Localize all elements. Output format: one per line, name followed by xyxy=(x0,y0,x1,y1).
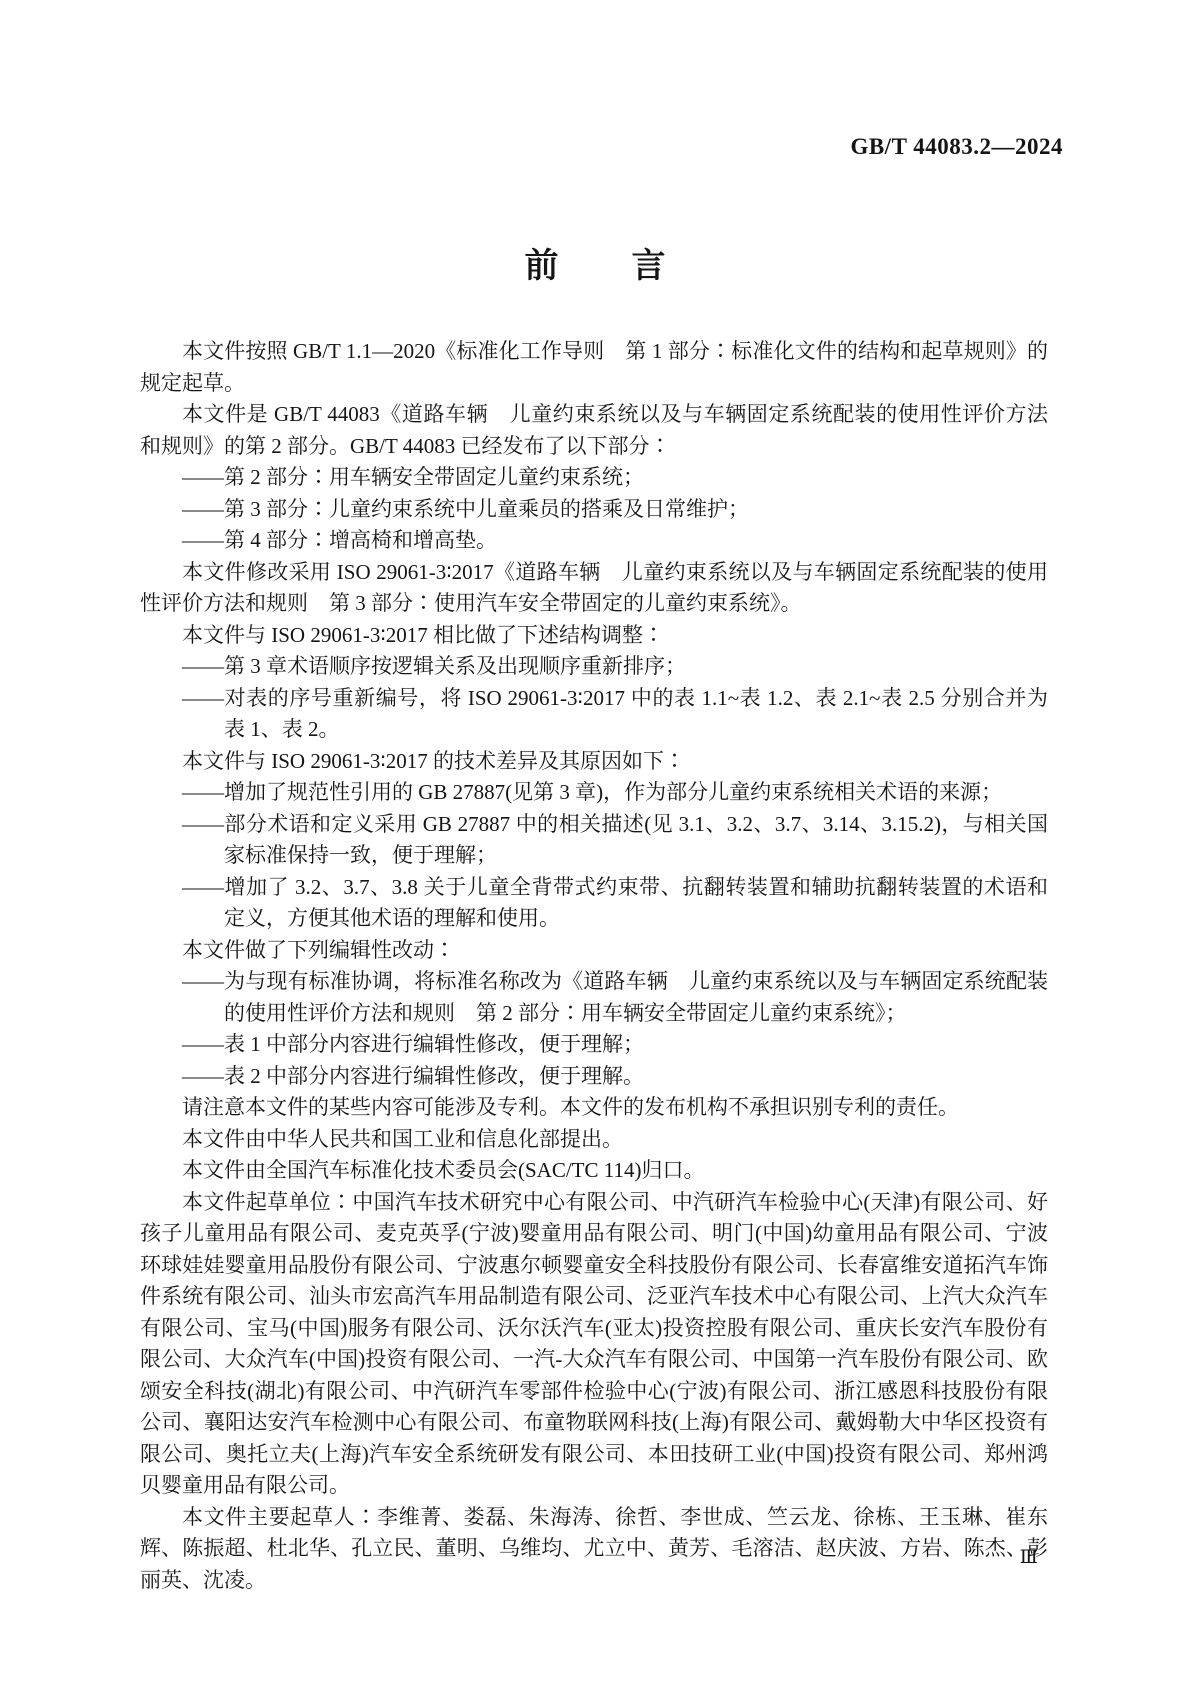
foreword-list-item: ——表 2 中部分内容进行编辑性修改，便于理解。 xyxy=(140,1061,1048,1093)
foreword-paragraph: 本文件按照 GB/T 1.1—2020《标准化工作导则 第 1 部分∶标准化文件… xyxy=(140,336,1048,399)
foreword-paragraph: 本文件由全国汽车标准化技术委员会(SAC/TC 114)归口。 xyxy=(140,1155,1048,1187)
page-title-char-2: 言 xyxy=(632,247,667,285)
page-number: Ⅲ xyxy=(1020,1546,1039,1569)
foreword-list-item: ——为与现有标准协调，将标准名称改为《道路车辆 儿童约束系统以及与车辆固定系统配… xyxy=(140,966,1048,1029)
foreword-paragraph: 本文件是 GB/T 44083《道路车辆 儿童约束系统以及与车辆固定系统配装的使… xyxy=(140,399,1048,462)
foreword-paragraph: 本文件起草单位∶中国汽车技术研究中心有限公司、中汽研汽车检验中心(天津)有限公司… xyxy=(140,1187,1048,1502)
foreword-paragraph: 本文件与 ISO 29061-3∶2017 的技术差异及其原因如下∶ xyxy=(140,746,1048,778)
foreword-list-item: ——第 3 章术语顺序按逻辑关系及出现顺序重新排序； xyxy=(140,651,1048,683)
foreword-list-item: ——第 3 部分∶儿童约束系统中儿童乘员的搭乘及日常维护； xyxy=(140,494,1048,526)
foreword-paragraph: 本文件与 ISO 29061-3∶2017 相比做了下述结构调整∶ xyxy=(140,620,1048,652)
foreword-paragraph: 请注意本文件的某些内容可能涉及专利。本文件的发布机构不承担识别专利的责任。 xyxy=(140,1092,1048,1124)
foreword-list-item: ——表 1 中部分内容进行编辑性修改，便于理解； xyxy=(140,1029,1048,1061)
page-title: 前言 xyxy=(0,238,1191,287)
foreword-list-item: ——增加了 3.2、3.7、3.8 关于儿童全背带式约束带、抗翻转装置和辅助抗翻… xyxy=(140,872,1048,935)
foreword-list-item: ——第 4 部分∶增高椅和增高垫。 xyxy=(140,525,1048,557)
foreword-list-item: ——增加了规范性引用的 GB 27887(见第 3 章)，作为部分儿童约束系统相… xyxy=(140,777,1048,809)
standard-number: GB/T 44083.2—2024 xyxy=(850,134,1063,160)
foreword-list-item: ——第 2 部分∶用车辆安全带固定儿童约束系统； xyxy=(140,462,1048,494)
foreword-paragraph: 本文件做了下列编辑性改动∶ xyxy=(140,935,1048,967)
foreword-list-item: ——部分术语和定义采用 GB 27887 中的相关描述(见 3.1、3.2、3.… xyxy=(140,809,1048,872)
foreword-paragraph: 本文件由中华人民共和国工业和信息化部提出。 xyxy=(140,1124,1048,1156)
foreword-list-item: ——对表的序号重新编号，将 ISO 29061-3∶2017 中的表 1.1~表… xyxy=(140,683,1048,746)
foreword-paragraph: 本文件修改采用 ISO 29061-3∶2017《道路车辆 儿童约束系统以及与车… xyxy=(140,557,1048,620)
document-page: GB/T 44083.2—2024 前言 本文件按照 GB/T 1.1—2020… xyxy=(0,0,1191,1685)
foreword-content: 本文件按照 GB/T 1.1—2020《标准化工作导则 第 1 部分∶标准化文件… xyxy=(140,336,1048,1596)
page-title-char-1: 前 xyxy=(525,247,560,285)
foreword-paragraph: 本文件主要起草人∶李维菁、娄磊、朱海涛、徐哲、李世成、竺云龙、徐栋、王玉琳、崔东… xyxy=(140,1502,1048,1597)
